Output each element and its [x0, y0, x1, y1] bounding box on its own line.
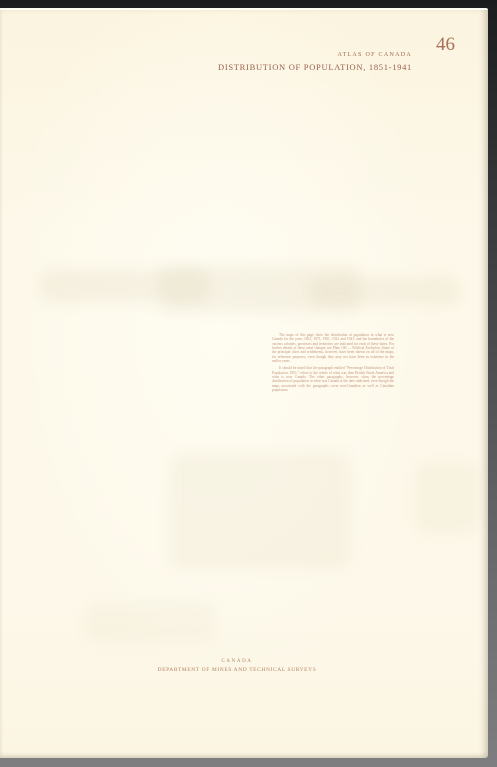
- ghost-artifact: [85, 603, 215, 643]
- running-head: ATLAS OF CANADA: [337, 52, 412, 58]
- plate-title: DISTRIBUTION OF POPULATION, 1851-1941: [218, 62, 412, 72]
- note-paragraph-2: It should be noted that the paragraph en…: [272, 366, 394, 392]
- ghost-artifact: [310, 278, 460, 304]
- imprint-country: CANADA: [117, 659, 357, 664]
- paper-top-edge: [0, 8, 488, 10]
- ghost-artifact: [415, 463, 480, 533]
- ghost-artifact: [170, 453, 350, 568]
- descriptive-note: The maps of this page show the distribut…: [272, 333, 394, 395]
- atlas-page: ATLAS OF CANADA 46 DISTRIBUTION OF POPUL…: [0, 8, 488, 758]
- scanner-backdrop: ATLAS OF CANADA 46 DISTRIBUTION OF POPUL…: [0, 0, 497, 767]
- page-number: 46: [436, 34, 455, 56]
- publisher-imprint: CANADA DEPARTMENT OF MINES AND TECHNICAL…: [117, 659, 357, 673]
- note-paragraph-1: The maps of this page show the distribut…: [272, 333, 394, 363]
- imprint-department: DEPARTMENT OF MINES AND TECHNICAL SURVEY…: [117, 667, 357, 673]
